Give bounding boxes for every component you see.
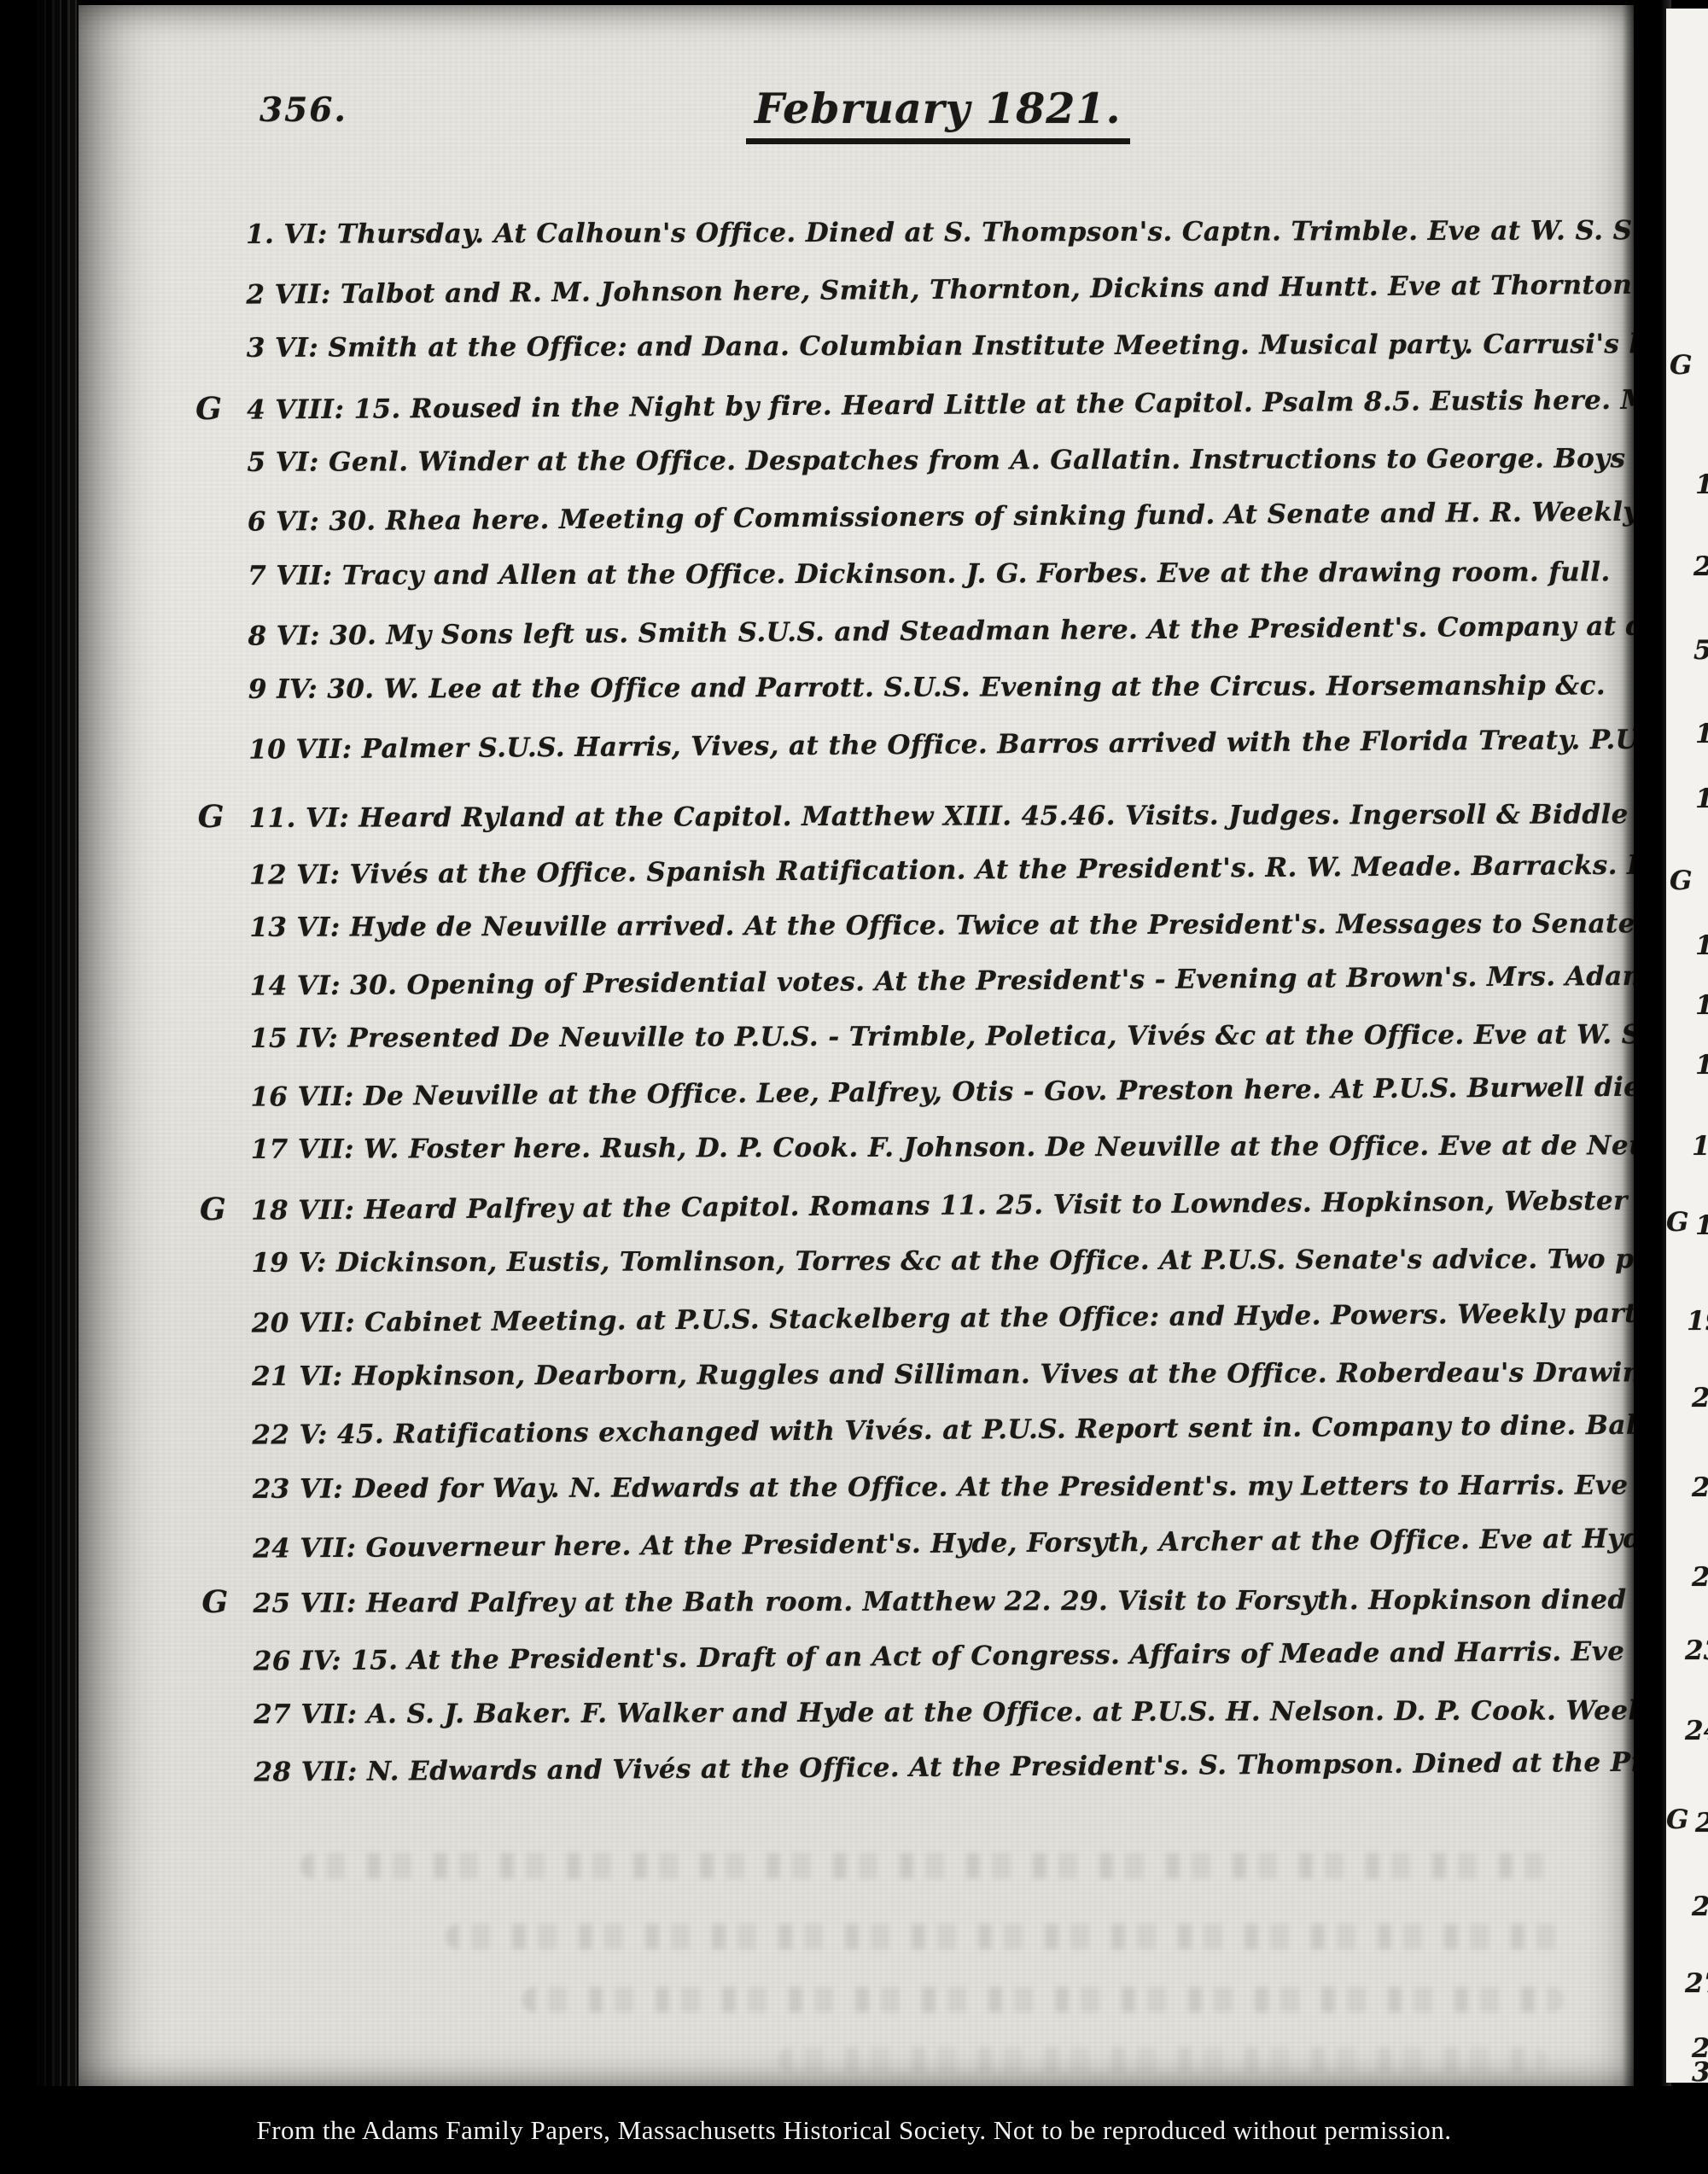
sunday-marker: G <box>195 387 247 431</box>
facing-page-fragment: 27 <box>1685 1968 1708 1999</box>
facing-page-fragment: 1 <box>1695 1050 1708 1081</box>
diary-entry-text: 19 V: Dickinson, Eustis, Tomlinson, Torr… <box>251 1244 1634 1279</box>
diary-entry-text: 27 VII: A. S. J. Baker. F. Walker and Hy… <box>254 1695 1634 1730</box>
diary-entry: 21 VI: Hopkinson, Dearborn, Ruggles and … <box>201 1350 1634 1399</box>
sunday-marker: G <box>198 795 249 839</box>
diary-entry-text: 10 VII: Palmer S.U.S. Harris, Vives, at … <box>248 724 1634 765</box>
diary-entry: 7 VII: Tracy and Allen at the Office. Di… <box>196 550 1634 598</box>
facing-page-fragment: 1 <box>1695 1210 1708 1241</box>
diary-entry: 8 VI: 30. My Sons left us. Smith S.U.S. … <box>196 603 1634 659</box>
facing-page-fragment: G <box>1666 1804 1688 1835</box>
diary-entry: 5 VI: Genl. Winder at the Office. Despat… <box>195 436 1634 485</box>
facing-page-fragment: 1 <box>1695 469 1708 500</box>
page-gutter-shadow <box>1622 0 1671 2174</box>
diary-entry-text: 4 VIII: 15. Roused in the Night by fire.… <box>247 384 1634 426</box>
facing-page-fragment: G <box>1670 350 1692 381</box>
diary-entry-text: 1. VI: Thursday. At Calhoun's Office. Di… <box>246 215 1634 250</box>
diary-entry: 14 VI: 30. Opening of Presidential votes… <box>199 953 1634 1009</box>
diary-entry: G11. VI: Heard Ryland at the Capitol. Ma… <box>198 790 1634 839</box>
diary-entries: 1. VI: Thursday. At Calhoun's Office. Di… <box>79 5 1634 2086</box>
diary-entry: G4 VIII: 15. Roused in the Night by fire… <box>195 376 1634 431</box>
diary-entry-text: 21 VI: Hopkinson, Dearborn, Ruggles and … <box>252 1357 1634 1392</box>
sunday-marker: G <box>200 1187 251 1232</box>
facing-page-fragment: 2 <box>1692 1472 1708 1503</box>
diary-entry: 9 IV: 30. W. Lee at the Office and Parro… <box>197 663 1634 712</box>
facing-page-fragment: 1 <box>1695 990 1708 1021</box>
facing-page-fragment: 1 <box>1692 1131 1708 1162</box>
bleed-through-line <box>446 1924 1564 1950</box>
diary-entry-text: 28 VII: N. Edwards and Vivés at the Offi… <box>254 1746 1634 1787</box>
diary-entry: G25 VII: Heard Palfrey at the Bath room.… <box>201 1576 1634 1624</box>
diary-entry: 19 V: Dickinson, Eustis, Tomlinson, Torr… <box>200 1237 1634 1285</box>
diary-entry-text: 15 IV: Presented De Neuville to P.U.S. -… <box>250 1019 1634 1054</box>
diary-entry: 10 VII: Palmer S.U.S. Harris, Vives, at … <box>197 717 1634 772</box>
facing-page-fragment: 2 <box>1692 1891 1708 1922</box>
diary-entry: 24 VII: Gouverneur here. At the Presiden… <box>201 1516 1634 1571</box>
diary-entry-text: 9 IV: 30. W. Lee at the Office and Parro… <box>248 670 1606 704</box>
facing-page-fragment: 1 <box>1695 719 1708 749</box>
facing-page-fragment: 2 <box>1693 551 1708 582</box>
diary-entry-text: 11. VI: Heard Ryland at the Capitol. Mat… <box>249 799 1634 834</box>
sunday-marker: G <box>201 1580 253 1624</box>
diary-entry: 22 V: 45. Ratifications exchanged with V… <box>201 1402 1634 1458</box>
diary-entry-text: 13 VI: Hyde de Neuville arrived. At the … <box>249 908 1634 943</box>
facing-page-fragment: 2 <box>1695 1808 1708 1839</box>
diary-entry: 1. VI: Thursday. At Calhoun's Office. Di… <box>195 208 1634 257</box>
facing-page-fragment: 2 <box>1692 1562 1708 1593</box>
facing-page-fragment: G <box>1670 866 1692 896</box>
facing-page-fragment: 24 <box>1685 1716 1708 1746</box>
facing-page-fragment: 5 <box>1693 635 1708 666</box>
diary-entry-text: 24 VII: Gouverneur here. At the Presiden… <box>253 1522 1634 1564</box>
diary-entry-text: 17 VII: W. Foster here. Rush, D. P. Cook… <box>251 1130 1634 1165</box>
diary-entry-text: 6 VI: 30. Rhea here. Meeting of Commissi… <box>248 496 1634 538</box>
bleed-through-line <box>778 2047 1547 2072</box>
diary-entry-text: 2 VII: Talbot and R. M. Johnson here, Sm… <box>246 269 1634 310</box>
diary-entry-text: 8 VI: 30. My Sons left us. Smith S.U.S. … <box>248 610 1634 652</box>
diary-entry-text: 3 VI: Smith at the Office: and Dana. Col… <box>247 329 1634 364</box>
archive-caption: From the Adams Family Papers, Massachuse… <box>256 2115 1451 2146</box>
facing-page-fragment: 3 <box>1692 2057 1708 2083</box>
diary-entry-text: 14 VI: 30. Opening of Presidential votes… <box>250 960 1634 1002</box>
diary-entry: 16 VII: De Neuville at the Office. Lee, … <box>199 1064 1634 1120</box>
facing-page-fragment: 23 <box>1685 1635 1708 1666</box>
facing-page-fragment: 19 <box>1687 1306 1708 1337</box>
bleed-through-line <box>522 1987 1564 2013</box>
facing-page-edge: G 1 2 5 1 1 G 1 1 1 1 G 1 19 2 2 2 23 24… <box>1666 9 1708 2083</box>
archive-caption-bar: From the Adams Family Papers, Massachuse… <box>0 2086 1708 2174</box>
bleed-through-line <box>300 1853 1564 1879</box>
diary-entry: 2 VII: Talbot and R. M. Johnson here, Sm… <box>195 262 1634 318</box>
diary-entry: 20 VII: Cabinet Meeting. at P.U.S. Stack… <box>201 1291 1634 1346</box>
diary-entry-text: 22 V: 45. Ratifications exchanged with V… <box>252 1408 1634 1450</box>
diary-entry: 6 VI: 30. Rhea here. Meeting of Commissi… <box>196 489 1634 545</box>
diary-entry-text: 23 VI: Deed for Way. N. Edwards at the O… <box>253 1470 1634 1505</box>
diary-entry: 17 VII: W. Foster here. Rush, D. P. Cook… <box>200 1123 1634 1172</box>
diary-entry: 3 VI: Smith at the Office: and Dana. Col… <box>195 322 1634 370</box>
diary-entry: 28 VII: N. Edwards and Vivés at the Offi… <box>202 1740 1634 1795</box>
diary-entry-text: 26 IV: 15. At the President's. Draft of … <box>254 1635 1634 1676</box>
facing-page-fragment: 1 <box>1695 930 1708 961</box>
diary-entry: 27 VII: A. S. J. Baker. F. Walker and Hy… <box>202 1688 1634 1737</box>
book-binding <box>0 0 82 2174</box>
diary-entry-text: 18 VII: Heard Palfrey at the Capitol. Ro… <box>251 1184 1634 1227</box>
diary-entry-text: 16 VII: De Neuville at the Office. Lee, … <box>250 1070 1634 1113</box>
diary-entry-text: 20 VII: Cabinet Meeting. at P.U.S. Stack… <box>252 1298 1634 1339</box>
facing-page-fragment: 2 <box>1692 1383 1708 1413</box>
diary-entry: 26 IV: 15. At the President's. Draft of … <box>202 1629 1634 1684</box>
diary-entry-text: 12 VI: Vivés at the Office. Spanish Rati… <box>249 849 1634 891</box>
facing-page-fragment: G <box>1666 1207 1688 1238</box>
diary-entry: G18 VII: Heard Palfrey at the Capitol. R… <box>200 1176 1634 1232</box>
facing-page-fragment: 1 <box>1695 784 1708 814</box>
diary-page: 356. February 1821. 1. VI: Thursday. At … <box>79 5 1634 2086</box>
scanned-diary-page: 356. February 1821. 1. VI: Thursday. At … <box>0 0 1708 2174</box>
diary-entry: 15 IV: Presented De Neuville to P.U.S. -… <box>199 1012 1634 1061</box>
diary-entry-text: 5 VI: Genl. Winder at the Office. Despat… <box>247 443 1634 478</box>
diary-entry: 12 VI: Vivés at the Office. Spanish Rati… <box>198 842 1634 898</box>
diary-entry-text: 25 VII: Heard Palfrey at the Bath room. … <box>253 1584 1634 1619</box>
diary-entry-text: 7 VII: Tracy and Allen at the Office. Di… <box>248 557 1611 591</box>
diary-entry: 13 VI: Hyde de Neuville arrived. At the … <box>198 901 1634 950</box>
diary-entry: 23 VI: Deed for Way. N. Edwards at the O… <box>201 1463 1634 1512</box>
